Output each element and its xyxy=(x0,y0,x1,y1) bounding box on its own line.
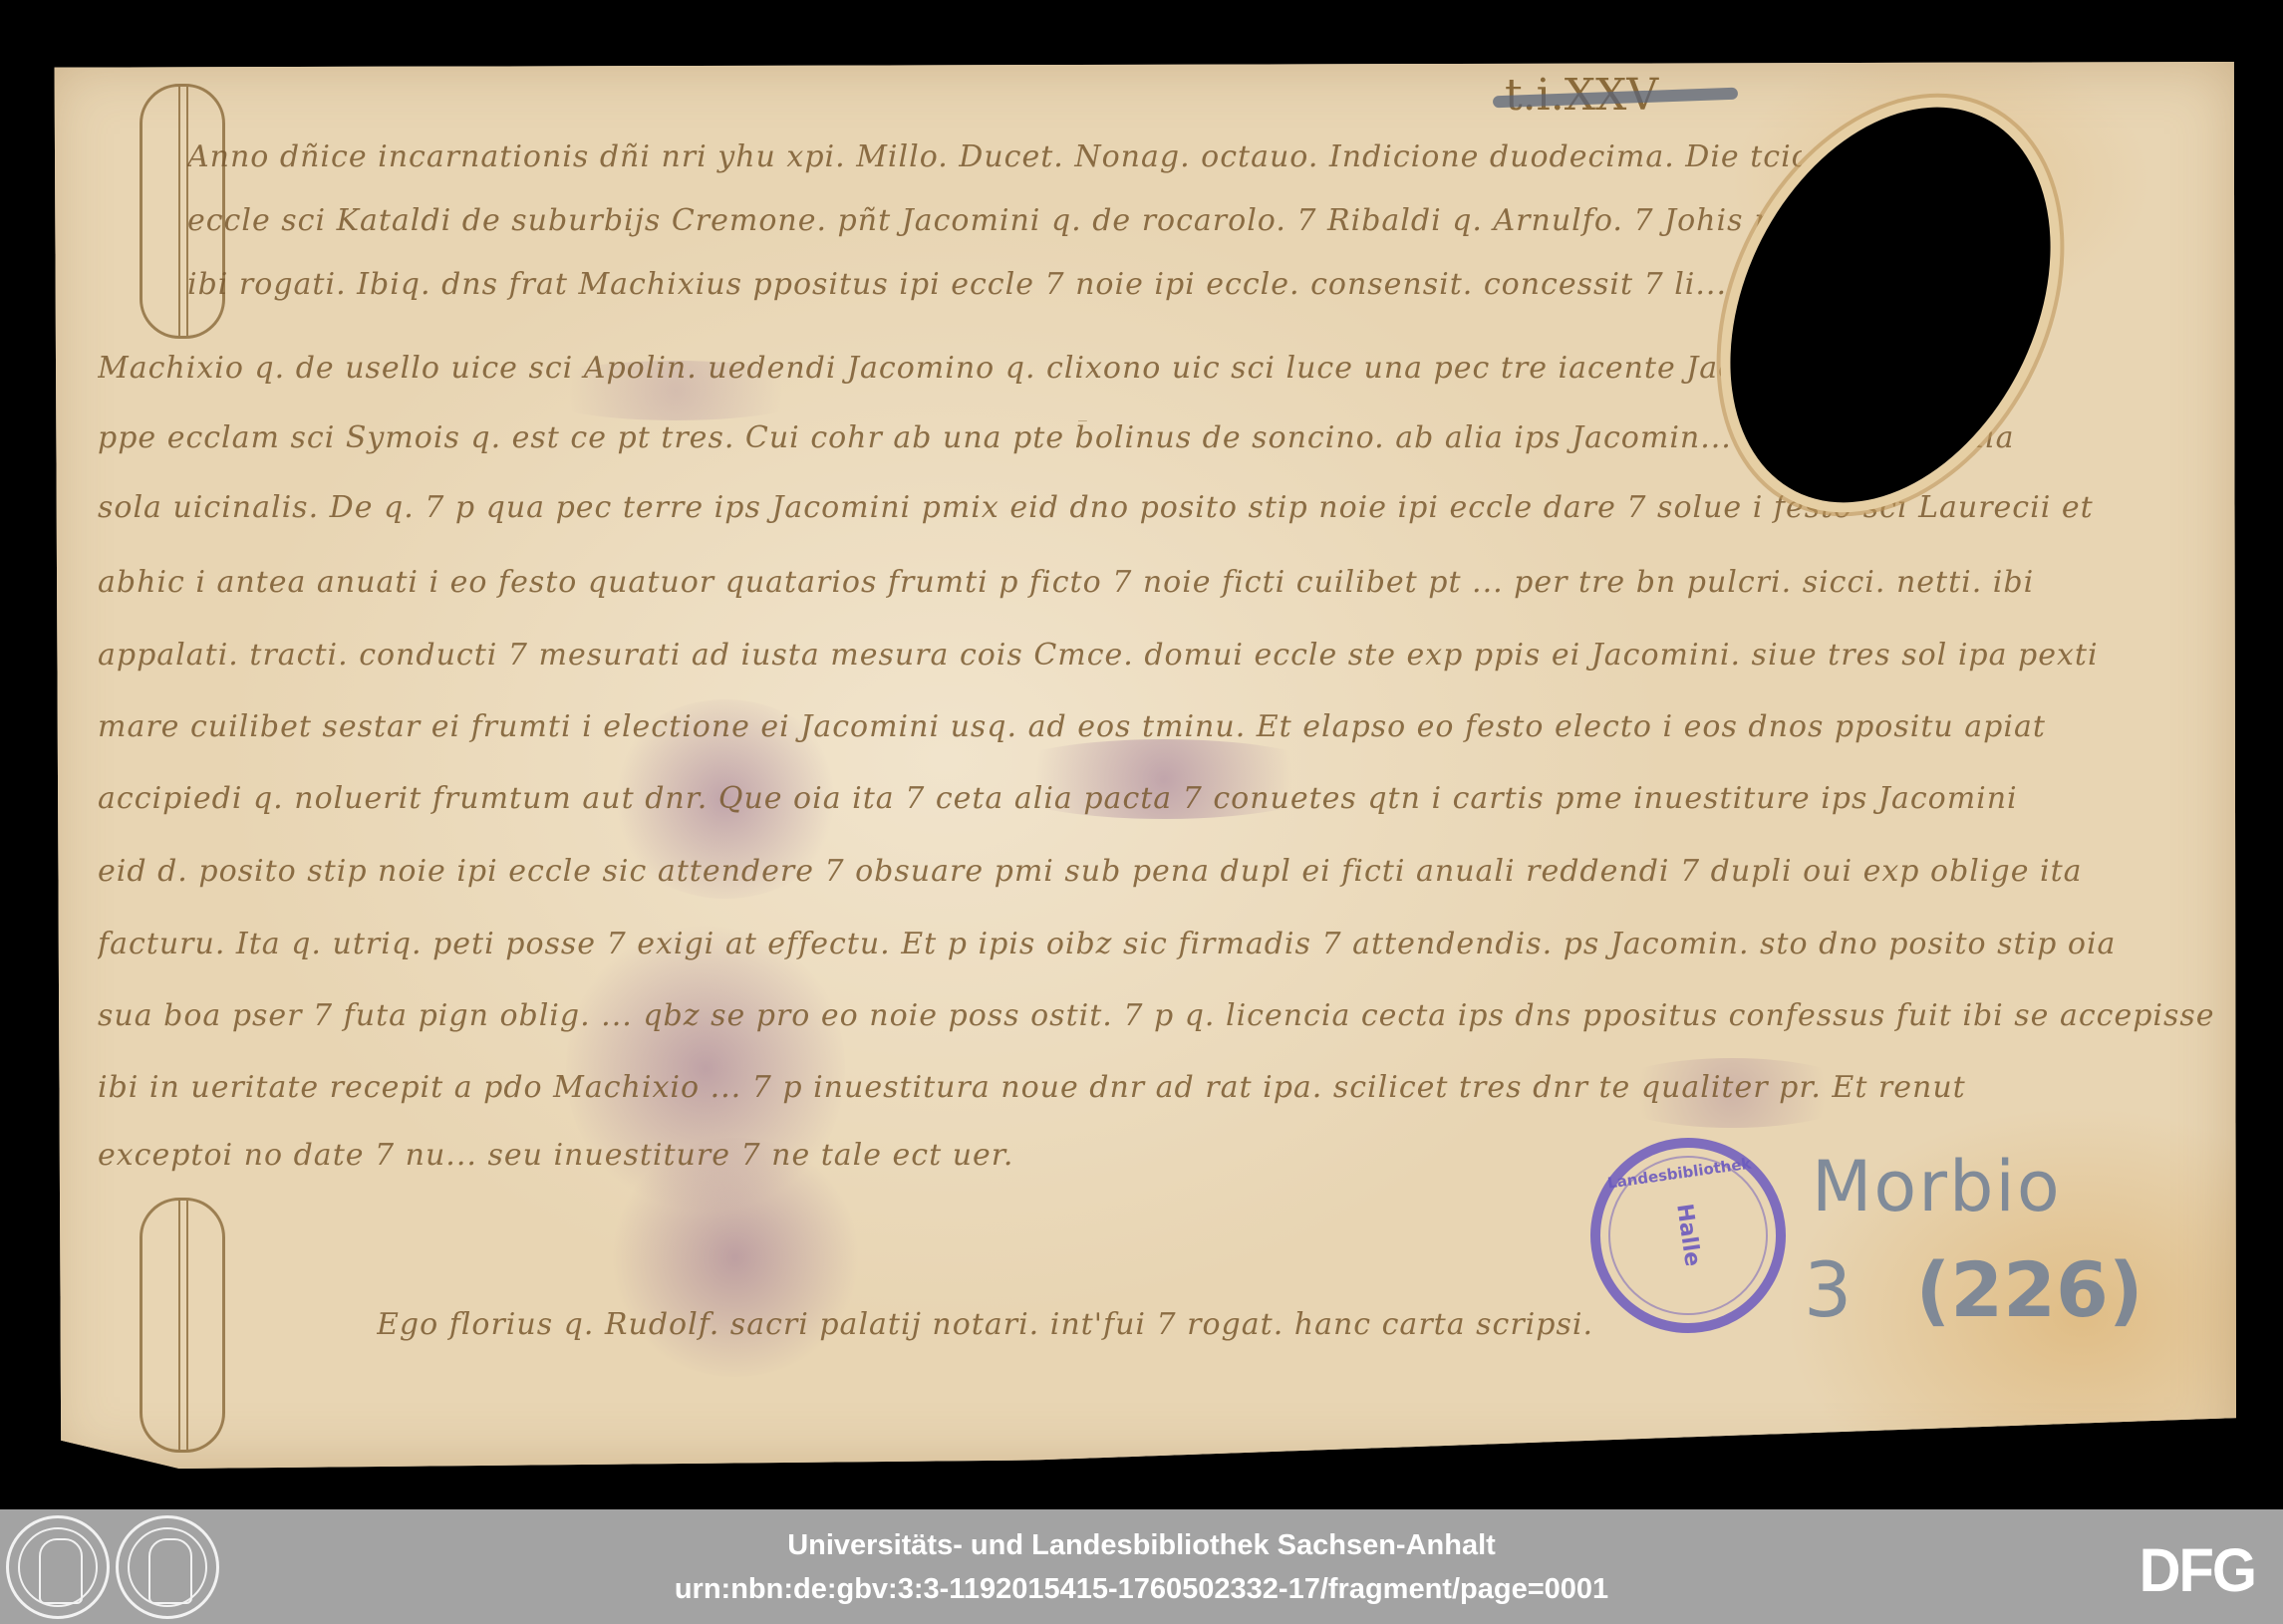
old-shelfmark: t.i.XXV xyxy=(1505,70,1658,121)
text-line: Anno dñice incarnationis dñi nri yhu xpi… xyxy=(187,139,1802,175)
text-line: sola uicinalis. De q. 7 p qua pec terre … xyxy=(98,490,2220,526)
institution-name: Universitäts- und Landesbibliothek Sachs… xyxy=(0,1529,2283,1562)
text-line: eid d. posito stip noie ipi eccle sic at… xyxy=(98,854,2220,890)
text-line: facturu. Ita q. utriq. peti posse 7 exig… xyxy=(98,927,2220,962)
text-line: ibi in ueritate recepit a pdo Machixio .… xyxy=(98,1070,2220,1106)
urn-identifier: urn:nbn:de:gbv:3:3-1192015415-1760502332… xyxy=(0,1573,2283,1606)
text-line: accipiedi q. noluerit frumtum aut dnr. Q… xyxy=(98,781,2220,817)
text-line: sua boa pser 7 futa pign oblig. ... qbz … xyxy=(98,998,2220,1034)
pencil-shelfmark: (226) xyxy=(1916,1245,2143,1334)
pencil-note-shelfmark: 3 (226) xyxy=(1804,1245,2143,1334)
text-line: abhic i antea anuati i eo festo quatuor … xyxy=(98,565,2220,601)
text-line: mare cuilibet sestar ei frumti i electio… xyxy=(98,709,2220,745)
text-line: eccle sci Kataldi de suburbijs Cremone. … xyxy=(187,203,1802,239)
document-viewer: Anno dñice incarnationis dñi nri yhu xpi… xyxy=(0,0,2283,1509)
text-line: ibi rogati. Ibiq. dns frat Machixius ppo… xyxy=(187,267,1802,303)
notary-subscription: Ego florius q. Rudolf. sacri palatij not… xyxy=(377,1307,1672,1343)
text-line: appalati. tracti. conducti 7 mesurati ad… xyxy=(98,638,2220,674)
text-line: exceptoi no date 7 nu... seu inuestiture… xyxy=(98,1138,1293,1174)
library-footer: Universitäts- und Landesbibliothek Sachs… xyxy=(0,1509,2283,1624)
pencil-note-morbio: Morbio xyxy=(1812,1146,2062,1227)
dfg-logo: DFG xyxy=(2140,1535,2255,1605)
pencil-number: 3 xyxy=(1804,1245,1852,1334)
